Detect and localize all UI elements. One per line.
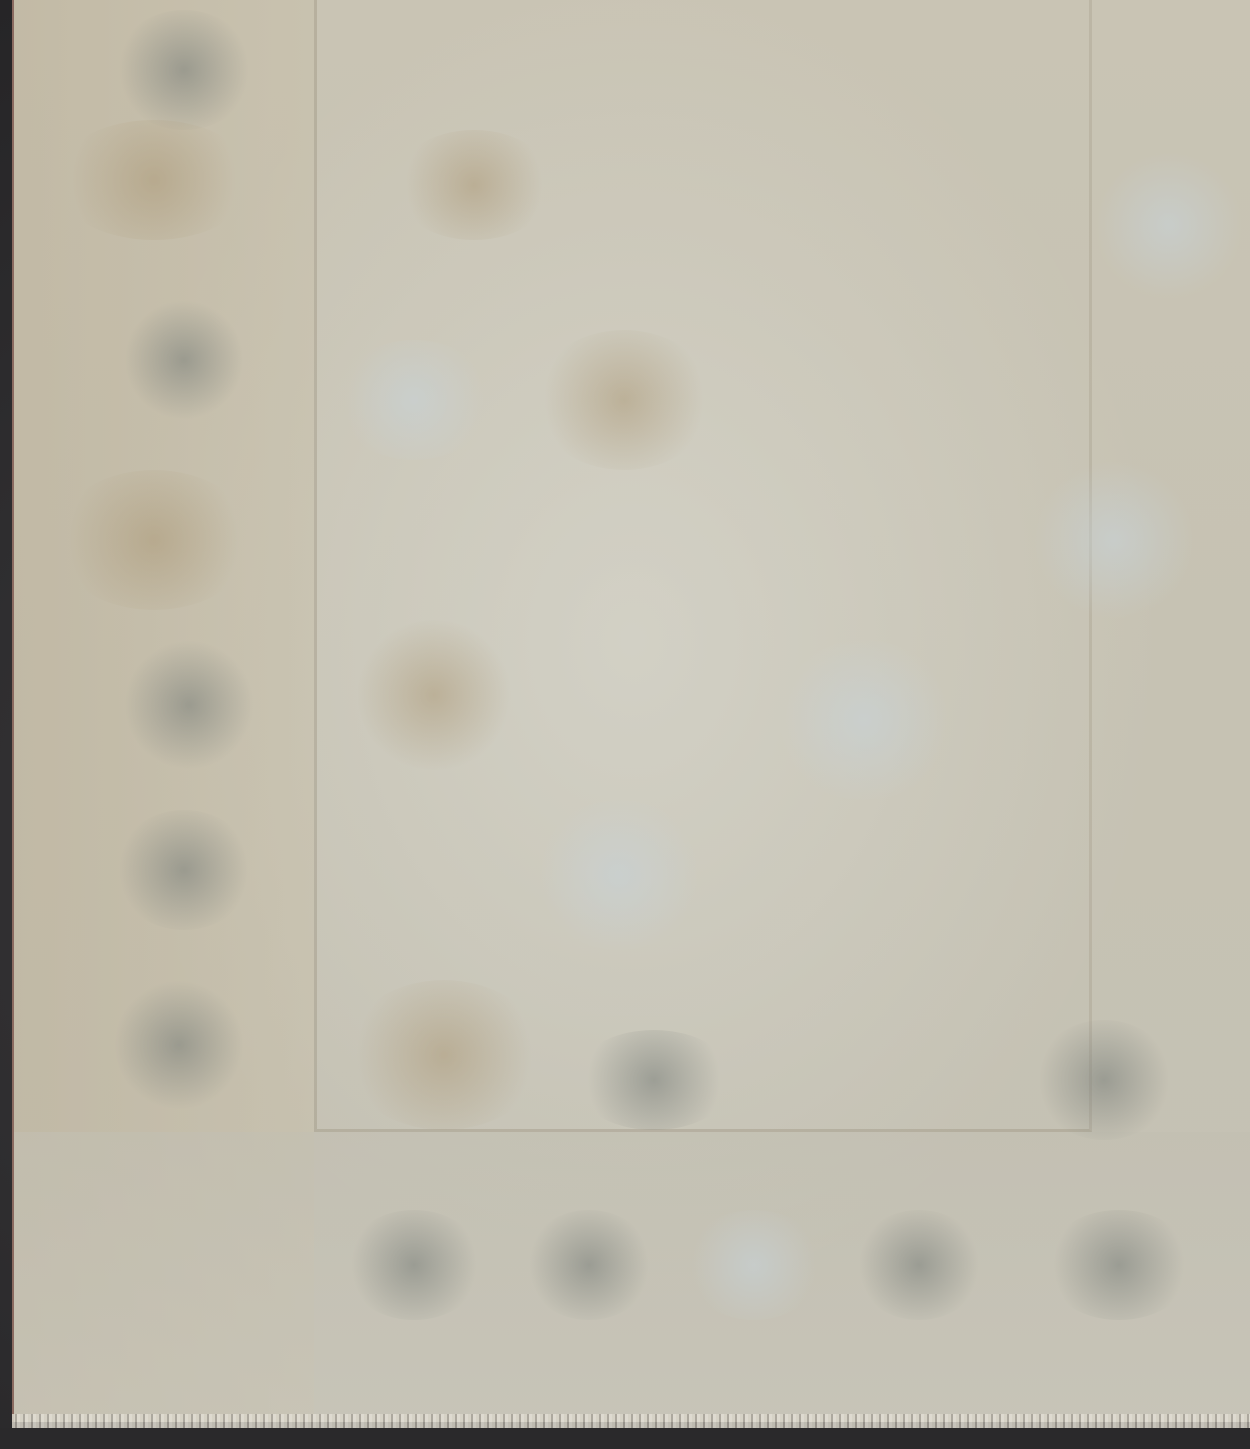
rug-photo	[0, 0, 1250, 1449]
rug-left-border	[14, 0, 314, 1422]
border-motif	[524, 1210, 654, 1320]
border-motif	[114, 810, 254, 930]
border-motif	[684, 1210, 824, 1320]
border-motif	[114, 980, 244, 1110]
border-motif	[124, 300, 244, 420]
border-motif	[54, 470, 254, 610]
rug-field	[314, 0, 1092, 1132]
border-motif	[854, 1210, 984, 1320]
border-motif	[54, 120, 254, 240]
border-motif	[114, 10, 254, 130]
border-motif	[1044, 1210, 1194, 1320]
rug	[12, 0, 1250, 1422]
border-motif	[124, 640, 254, 770]
field-motif	[1094, 150, 1244, 300]
rug-fringe	[12, 1414, 1250, 1428]
rug-bottom-border	[14, 1132, 1250, 1422]
dark-floor-strip	[0, 1428, 1250, 1449]
border-motif	[344, 1210, 484, 1320]
